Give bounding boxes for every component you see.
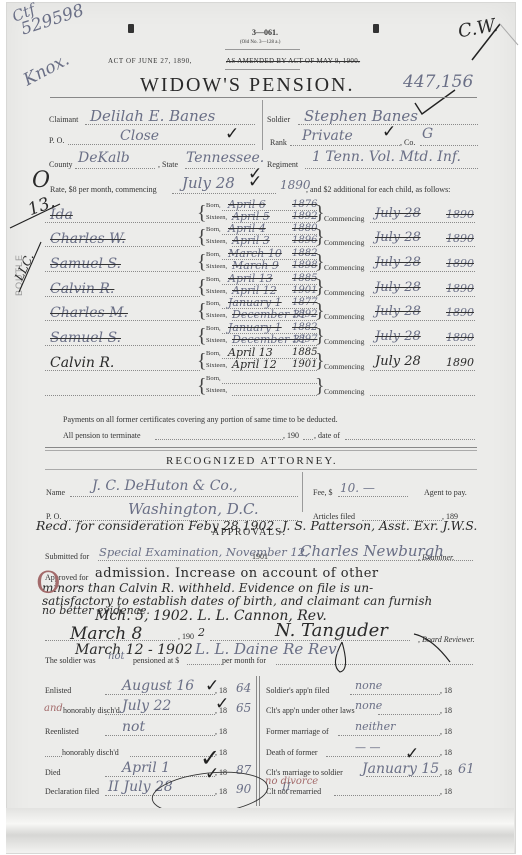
commencing-label: Commencing [324, 387, 364, 396]
child-commencing-year: 1890 [446, 306, 474, 319]
punch-hole [373, 24, 379, 33]
form-number: 3—061. [252, 28, 278, 37]
soldier-name: Stephen Banes [304, 107, 418, 125]
approved-line-2: minors than Calvin R. withheld. Evidence… [42, 581, 373, 595]
corner-slash-icon [470, 20, 520, 65]
child-sixteen-year: 1898 [292, 260, 317, 271]
agent-to-pay: Agent to pay. [424, 488, 467, 497]
child-born-year: 1885 [292, 347, 317, 358]
checkmark-icon: ✓ [382, 122, 396, 142]
re-review-signature: L. L. Daine Re Rev. [195, 640, 340, 658]
fee-label: Fee, $ [313, 488, 333, 497]
pensioned-value: not [108, 651, 124, 662]
child-name: Ida [50, 207, 73, 223]
child-name: Charles W. [50, 231, 126, 247]
service-label: Declaration filed [45, 787, 99, 796]
service-year: 61 [458, 762, 475, 777]
commencing-label: Commencing [324, 288, 364, 297]
born-label: Born, [206, 300, 221, 307]
received-note: Recd. for consideration Feby 28 1902. J.… [36, 518, 477, 533]
sixteen-label: Sixteen, [206, 362, 227, 369]
commencing-label: Commencing [324, 238, 364, 247]
form-title: WIDOW'S PENSION. [140, 74, 354, 97]
fee-value: 10. — [340, 481, 375, 495]
service-label: Clt's app'n under other laws [266, 706, 355, 715]
sixteen-label: Sixteen, [206, 214, 227, 221]
rate-prefix: Rate, $8 per month, commencing [50, 185, 157, 194]
service-year-prefix: , 18 [215, 727, 227, 736]
terminate-year-label: , 190 [283, 431, 299, 440]
checkmark-icon: ✓ [225, 124, 239, 144]
service-year-prefix: , 18 [440, 768, 452, 777]
service-label: Death of former [266, 748, 318, 757]
sixteen-label: Sixteen, [206, 312, 227, 319]
terminate-date-of: , date of [314, 431, 340, 440]
child-born-year: 1882 [292, 322, 317, 333]
reviewer-flourish-icon [412, 630, 452, 665]
child-born-year: 1880 [292, 223, 317, 234]
pensioned-suffix: per month for [222, 656, 266, 665]
checkmark-icon: ✓ [405, 744, 419, 764]
child-name: Calvin R. [50, 281, 114, 297]
terminate-label: All pension to terminate [63, 431, 141, 440]
child-sixteen-year: 1896 [292, 235, 317, 246]
child-sixteen-date: April 3 [232, 234, 270, 247]
child-name: Samuel S. [50, 330, 121, 346]
reviewed-year-label: , 190 [178, 632, 194, 641]
pensioned-mid: pensioned at $ [133, 656, 179, 665]
examiner-label: , Examiner. [418, 553, 454, 562]
child-commencing-date: July 28 [375, 329, 421, 344]
co-label: , Co. [400, 138, 415, 147]
regiment-value: 1 Tenn. Vol. Mtd. Inf. [312, 149, 461, 165]
checkmark-icon: ✓ [205, 676, 219, 696]
company-value: G [422, 126, 433, 142]
submitted-label: Submitted for [45, 552, 89, 561]
service-prefix: and [44, 703, 63, 714]
attorney-name-label: Name [46, 488, 65, 497]
service-year-prefix: , 18 [440, 686, 452, 695]
soldier-label: Soldier [267, 115, 290, 124]
child-commencing-year: 1890 [446, 208, 474, 221]
child-commencing-date: July 28 [375, 280, 421, 295]
born-label: Born, [206, 276, 221, 283]
commencing-label: Commencing [324, 337, 364, 346]
child-sixteen-year: 1901 [292, 359, 317, 370]
submitted-year: 1901 [252, 552, 268, 561]
child-sixteen-year: 1901 [292, 285, 317, 296]
service-year: 64 [236, 681, 251, 695]
approved-circle-mark: O [36, 566, 61, 601]
sixteen-label: Sixteen, [206, 263, 227, 270]
margin-slash-icon [15, 240, 45, 295]
claimant-po: Close [120, 128, 159, 144]
service-year-prefix: , 18 [440, 748, 452, 757]
born-label: Born, [206, 375, 221, 382]
sixteen-label: Sixteen, [206, 337, 227, 344]
service-label: honorably disch'd [62, 748, 119, 757]
approved-value: admission. Increase on account of other [95, 566, 379, 581]
service-label: Died [45, 768, 61, 777]
child-commencing-date: July 28 [375, 354, 421, 369]
service-value: January 15 [362, 761, 439, 777]
service-label: Reenlisted [45, 727, 79, 736]
child-commencing-year: 1890 [446, 331, 474, 344]
pensioned-prefix: The soldier was [45, 656, 96, 665]
checkmark-icon: ✓ [248, 172, 262, 192]
service-year-prefix: , 18 [440, 727, 452, 736]
claimant-name: Delilah E. Banes [90, 107, 215, 125]
folded-paper-edge [6, 808, 514, 853]
commencing-label: Commencing [324, 362, 364, 371]
commencing-label: Commencing [324, 263, 364, 272]
reviewed-year: 2 [198, 626, 205, 639]
payments-note: Payments on all former certificates cove… [63, 415, 338, 424]
sixteen-label: Sixteen, [206, 238, 227, 245]
service-year-prefix: , 18 [440, 706, 452, 715]
child-commencing-year: 1890 [446, 232, 474, 245]
child-born-year: 1877 [292, 297, 317, 308]
checkmark-icon: ✓ [215, 694, 229, 714]
service-year-prefix: , 18 [440, 787, 452, 796]
rate-suffix: , and $2 additional for each child, as f… [306, 185, 450, 194]
rank-value: Private [302, 128, 353, 144]
child-commencing-date: July 28 [375, 230, 421, 245]
service-label: Former marriage of [266, 727, 329, 736]
born-label: Born, [206, 350, 221, 357]
submitted-value: Special Examination, November 12, [99, 545, 309, 559]
reviewed-date: March 8 [70, 624, 142, 644]
child-sixteen-year: 1892 [292, 309, 317, 320]
sixteen-label: Sixteen, [206, 387, 227, 394]
born-label: Born, [206, 226, 221, 233]
child-sixteen-year: 1897 [292, 334, 317, 345]
reviewer-signature: N. Tanguder [275, 620, 388, 641]
service-value: July 22 [122, 698, 171, 714]
child-sixteen-year: 1892 [292, 211, 317, 222]
county-label: County [49, 160, 73, 169]
attorney-name: J. C. DeHuton & Co., [92, 478, 238, 494]
rate-margin-circle: O [32, 168, 50, 193]
regiment-label: Regiment [267, 160, 298, 169]
service-label: Enlisted [45, 686, 71, 695]
child-commencing-year: 1890 [446, 257, 474, 270]
service-year: 65 [236, 701, 251, 715]
claimant-label: Claimant [49, 115, 78, 124]
commencing-label: Commencing [324, 312, 364, 321]
child-born-year: 1885 [292, 273, 317, 284]
child-born-year: 1882 [292, 248, 317, 259]
child-commencing-year: 1890 [446, 356, 474, 369]
punch-hole [128, 24, 134, 33]
service-label: Clt not remarried [266, 787, 321, 796]
act-amended-struck: AS AMENDED BY ACT OF MAY 9, 1900. [226, 57, 360, 65]
rank-label: Rank [270, 138, 287, 147]
child-commencing-date: July 28 [375, 206, 421, 221]
service-value: neither [355, 720, 395, 733]
born-label: Born, [206, 202, 221, 209]
service-value: none [355, 679, 382, 692]
service-value: not [122, 719, 145, 735]
checkmark-icon: ✓ [200, 744, 220, 772]
act-line: ACT OF JUNE 27, 1890, [108, 57, 192, 65]
child-name: Samuel S. [50, 256, 121, 272]
attorney-heading: RECOGNIZED ATTORNEY. [166, 455, 338, 467]
attorney-po: Washington, D.C. [128, 500, 259, 518]
state-label: , State [158, 160, 178, 169]
child-name: Charles M. [50, 305, 128, 321]
po-label: P. O. [49, 136, 64, 145]
sixteen-label: Sixteen, [206, 288, 227, 295]
child-commencing-date: July 28 [375, 304, 421, 319]
county-value: DeKalb [78, 150, 130, 166]
child-commencing-year: 1890 [446, 282, 474, 295]
commencing-label: Commencing [324, 214, 364, 223]
born-label: Born, [206, 251, 221, 258]
child-name: Calvin R. [50, 355, 114, 371]
old-form-number: (Old No. 3—128 a.) [240, 40, 280, 45]
service-value: — — [355, 741, 381, 754]
child-born-year: 1876 [292, 199, 317, 210]
service-value: August 16 [122, 678, 194, 694]
service-value: none [355, 699, 382, 712]
child-sixteen-date: April 12 [232, 358, 277, 371]
child-sixteen-date: March 9 [232, 259, 279, 272]
rate-commencing-date: July 28 [182, 174, 235, 192]
born-label: Born, [206, 325, 221, 332]
service-label: Soldier's app'n filed [266, 686, 329, 695]
child-commencing-date: July 28 [375, 255, 421, 270]
